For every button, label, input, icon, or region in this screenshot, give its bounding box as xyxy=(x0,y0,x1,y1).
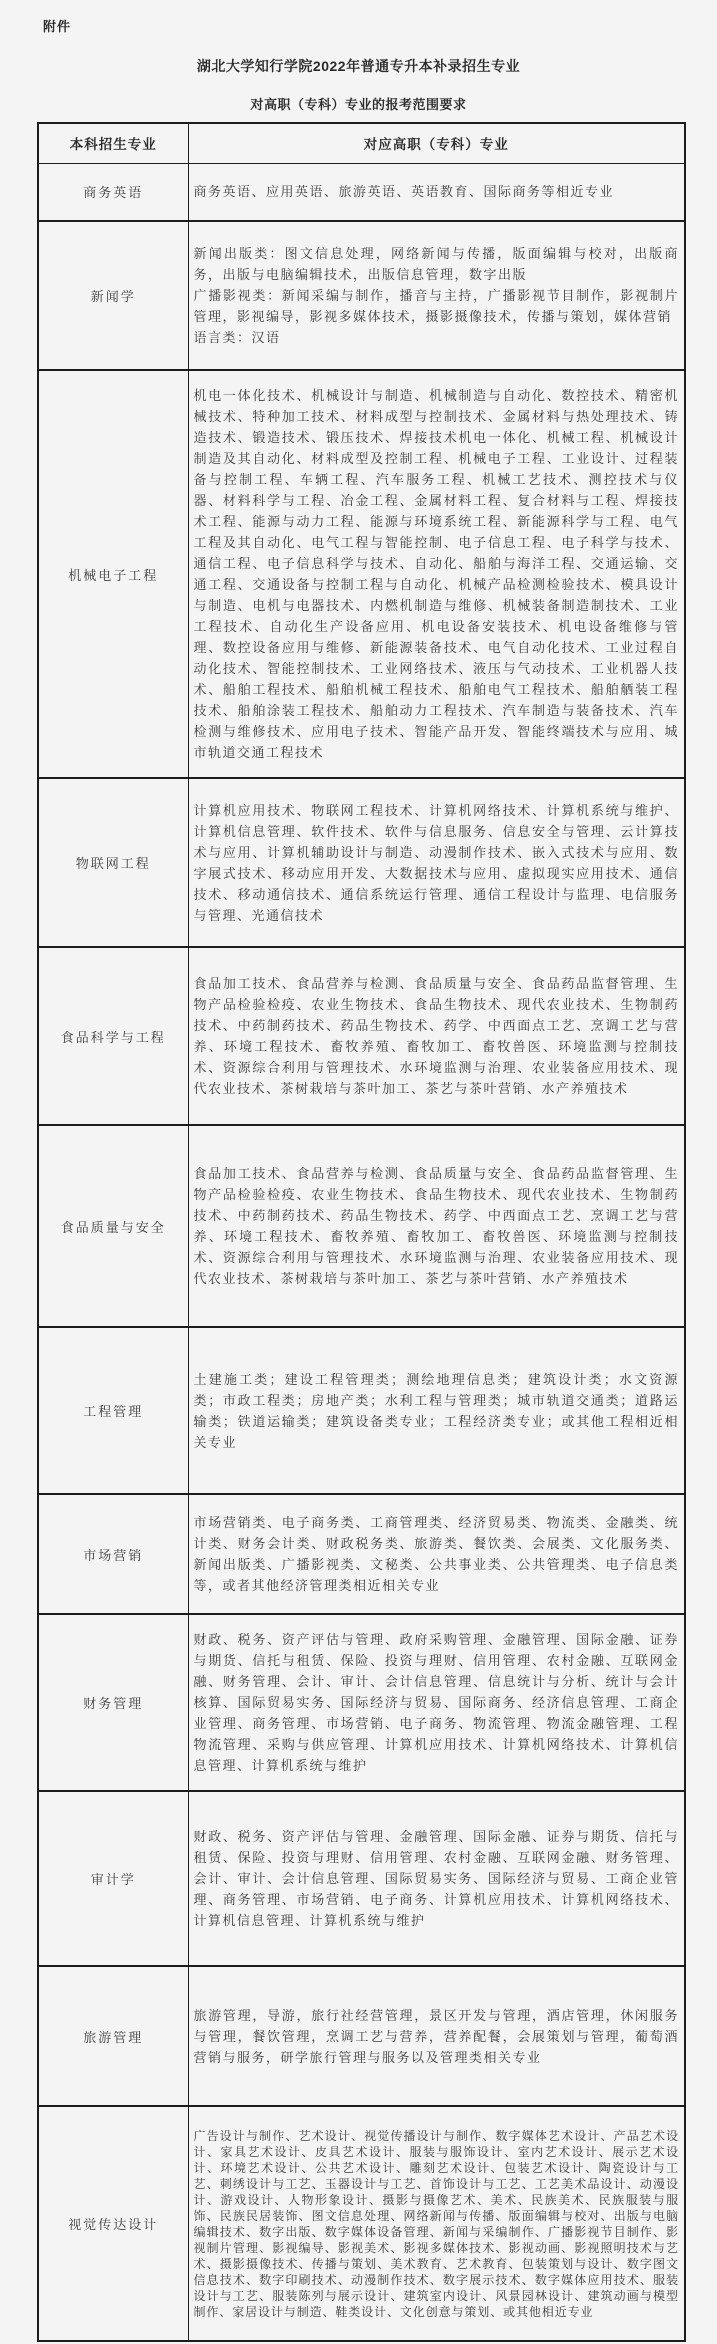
table-row-auditing: 审计学 财政、税务、资产评估与管理、金融管理、国际金融、证券与期货、信托与租赁、… xyxy=(38,1791,685,1966)
table-row-financial-management: 财务管理 财政、税务、资产评估与管理、政府采购管理、金融管理、国际金融、证券与期… xyxy=(38,1614,685,1791)
scope-cell: 市场营销类、电子商务类、工商管理类、经济贸易类、物流类、金融类、统计类、财务会计… xyxy=(188,1494,685,1614)
table-row-iot-engineering: 物联网工程 计算机应用技术、物联网工程技术、计算机网络技术、计算机系统与维护、计… xyxy=(38,778,685,947)
major-cell: 审计学 xyxy=(38,1791,188,1966)
scope-cell: 新闻出版类：图文信息处理，网络新闻与传播，版面编辑与校对，出版商务，出版与电脑编… xyxy=(188,221,685,370)
scope-cell: 财政、税务、资产评估与管理、金融管理、国际金融、证券与期货、信托与租赁、保险、投… xyxy=(188,1791,685,1966)
major-cell: 新闻学 xyxy=(38,221,188,370)
table-row-food-science: 食品科学与工程 食品加工技术、食品营养与检测、食品质量与安全、食品药品监督管理、… xyxy=(38,947,685,1125)
major-cell: 财务管理 xyxy=(38,1614,188,1791)
table-row-engineering-management: 工程管理 土建施工类；建设工程管理类；测绘地理信息类；建筑设计类；水文资源类；市… xyxy=(38,1327,685,1494)
scope-cell: 财政、税务、资产评估与管理、政府采购管理、金融管理、国际金融、证券与期货、信托与… xyxy=(188,1614,685,1791)
attachment-label: 附件 xyxy=(43,16,71,35)
table-row-journalism: 新闻学 新闻出版类：图文信息处理，网络新闻与传播，版面编辑与校对，出版商务，出版… xyxy=(38,221,685,370)
scope-cell: 计算机应用技术、物联网工程技术、计算机网络技术、计算机系统与维护、计算机信息管理… xyxy=(188,778,685,947)
table-row-business-english: 商务英语 商务英语、应用英语、旅游英语、英语教育、国际商务等相近专业 xyxy=(38,163,685,221)
scope-cell: 旅游管理，导游，旅行社经营管理，景区开发与管理，酒店管理，休闲服务与管理，餐饮管… xyxy=(188,1966,685,2106)
document-page: { "page": { "attachment_label": "附件", "t… xyxy=(0,0,717,2344)
table-row-mechatronics: 机械电子工程 机电一体化技术、机械设计与制造、机械制造与自动化、数控技术、精密机… xyxy=(38,370,685,778)
major-cell: 机械电子工程 xyxy=(38,370,188,778)
table-row-marketing: 市场营销 市场营销类、电子商务类、工商管理类、经济贸易类、物流类、金融类、统计类… xyxy=(38,1494,685,1614)
scope-cell: 土建施工类；建设工程管理类；测绘地理信息类；建筑设计类；水文资源类；市政工程类；… xyxy=(188,1327,685,1494)
major-cell: 食品科学与工程 xyxy=(38,947,188,1125)
table-row-food-quality: 食品质量与安全 食品加工技术、食品营养与检测、食品质量与安全、食品药品监督管理、… xyxy=(38,1125,685,1327)
majors-table: 本科招生专业 对应高职（专科）专业 商务英语 商务英语、应用英语、旅游英语、英语… xyxy=(37,122,686,2342)
scope-cell: 广告设计与制作、艺术设计、视觉传播设计与制作、数字媒体艺术设计、产品艺术设计、家… xyxy=(188,2106,685,2341)
scope-cell: 食品加工技术、食品营养与检测、食品质量与安全、食品药品监督管理、生物产品检验检疫… xyxy=(188,947,685,1125)
column-header-vocational-major: 对应高职（专科）专业 xyxy=(188,123,685,163)
page-subtitle: 对高职（专科）专业的报考范围要求 xyxy=(0,94,717,113)
major-cell: 旅游管理 xyxy=(38,1966,188,2106)
major-cell: 物联网工程 xyxy=(38,778,188,947)
scope-cell: 食品加工技术、食品营养与检测、食品质量与安全、食品药品监督管理、生物产品检验检疫… xyxy=(188,1125,685,1327)
scope-cell: 商务英语、应用英语、旅游英语、英语教育、国际商务等相近专业 xyxy=(188,163,685,221)
table-row-tourism-management: 旅游管理 旅游管理，导游，旅行社经营管理，景区开发与管理，酒店管理，休闲服务与管… xyxy=(38,1966,685,2106)
table-row-visual-communication-design: 视觉传达设计 广告设计与制作、艺术设计、视觉传播设计与制作、数字媒体艺术设计、产… xyxy=(38,2106,685,2341)
major-cell: 市场营销 xyxy=(38,1494,188,1614)
table-header-row: 本科招生专业 对应高职（专科）专业 xyxy=(38,123,685,163)
scope-cell: 机电一体化技术、机械设计与制造、机械制造与自动化、数控技术、精密机械技术、特种加… xyxy=(188,370,685,778)
major-cell: 视觉传达设计 xyxy=(38,2106,188,2341)
major-cell: 工程管理 xyxy=(38,1327,188,1494)
column-header-undergrad-major: 本科招生专业 xyxy=(38,123,188,163)
major-cell: 商务英语 xyxy=(38,163,188,221)
major-cell: 食品质量与安全 xyxy=(38,1125,188,1327)
page-title: 湖北大学知行学院2022年普通专升本补录招生专业 xyxy=(0,56,717,76)
